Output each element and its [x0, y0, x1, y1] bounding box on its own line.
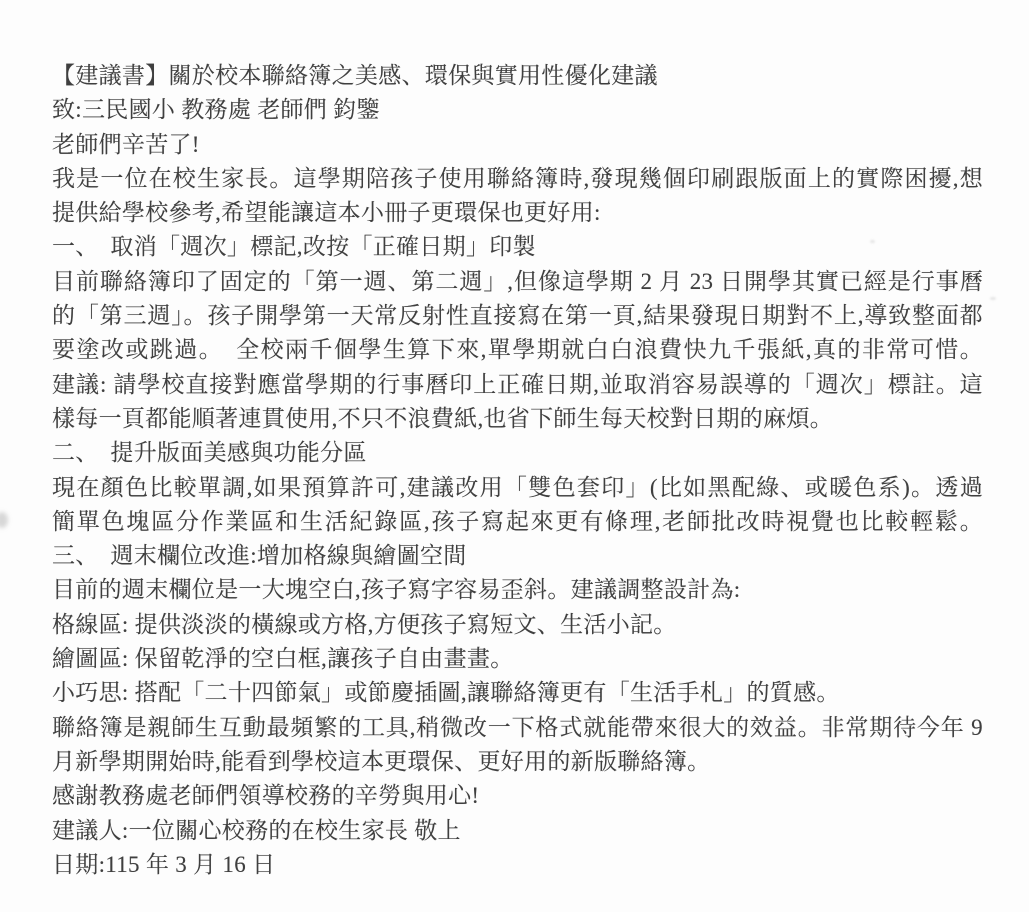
- text-line: 一、 取消「週次」標記,改按「正確日期」印製: [52, 230, 983, 264]
- scan-smudge: [0, 512, 8, 528]
- text-line: 二、 提升版面美感與功能分區: [52, 436, 983, 470]
- text-line: 建議人:一位關心校務的在校生家長 敬上: [52, 814, 983, 848]
- text-line: 格線區: 提供淡淡的橫線或方格,方便孩子寫短文、生活小記。: [52, 608, 983, 642]
- text-line: 現在顏色比較單調,如果預算許可,建議改用「雙色套印」(比如黑配綠、或暖色系)。透…: [52, 471, 983, 505]
- text-line: 繪圖區: 保留乾淨的空白框,讓孩子自由畫畫。: [52, 642, 983, 676]
- text-line: 感謝教務處老師們領導校務的辛勞與用心!: [52, 779, 983, 813]
- text-line: 建議: 請學校直接對應當學期的行事曆印上正確日期,並取消容易誤導的「週次」標註。…: [52, 368, 983, 402]
- text-line: 目前聯絡簿印了固定的「第一週、第二週」,但像這學期 2 月 23 日開學其實已經…: [52, 265, 983, 299]
- text-line: 的「第三週」。孩子開學第一天常反射性直接寫在第一頁,結果發現日期對不上,導致整面…: [52, 299, 983, 333]
- scan-speck: [870, 240, 875, 243]
- letter-document: 【建議書】關於校本聯絡簿之美感、環保與實用性優化建議致:三民國小 教務處 老師們…: [52, 59, 983, 882]
- text-line: 【建議書】關於校本聯絡簿之美感、環保與實用性優化建議: [52, 59, 983, 93]
- text-line: 提供給學校參考,希望能讓這本小冊子更環保也更好用:: [52, 196, 983, 230]
- text-line: 聯絡簿是親師生互動最頻繁的工具,稍微改一下格式就能帶來很大的效益。非常期待今年 …: [52, 711, 983, 745]
- scan-speck: [990, 297, 996, 300]
- text-line: 我是一位在校生家長。這學期陪孩子使用聯絡簿時,發現幾個印刷跟版面上的實際困擾,想: [52, 162, 983, 196]
- text-line: 三、 週末欄位改進:增加格線與繪圖空間: [52, 539, 983, 573]
- text-line: 目前的週末欄位是一大塊空白,孩子寫字容易歪斜。建議調整設計為:: [52, 573, 983, 607]
- text-line: 致:三民國小 教務處 老師們 鈞鑒: [52, 93, 983, 127]
- text-line: 樣每一頁都能順著連貫使用,不只不浪費紙,也省下師生每天校對日期的麻煩。: [52, 402, 983, 436]
- text-line: 日期:115 年 3 月 16 日: [52, 848, 983, 882]
- text-line: 簡單色塊區分作業區和生活紀錄區,孩子寫起來更有條理,老師批改時視覺也比較輕鬆。: [52, 505, 983, 539]
- text-line: 小巧思: 搭配「二十四節氣」或節慶插圖,讓聯絡簿更有「生活手札」的質感。: [52, 676, 983, 710]
- text-line: 老師們辛苦了!: [52, 128, 983, 162]
- scanned-page: { "page": { "background": "#fdfdfd", "te…: [0, 0, 1029, 912]
- text-line: 月新學期開始時,能看到學校這本更環保、更好用的新版聯絡簿。: [52, 745, 983, 779]
- text-line: 要塗改或跳過。 全校兩千個學生算下來,單學期就白白浪費快九千張紙,真的非常可惜。: [52, 333, 983, 367]
